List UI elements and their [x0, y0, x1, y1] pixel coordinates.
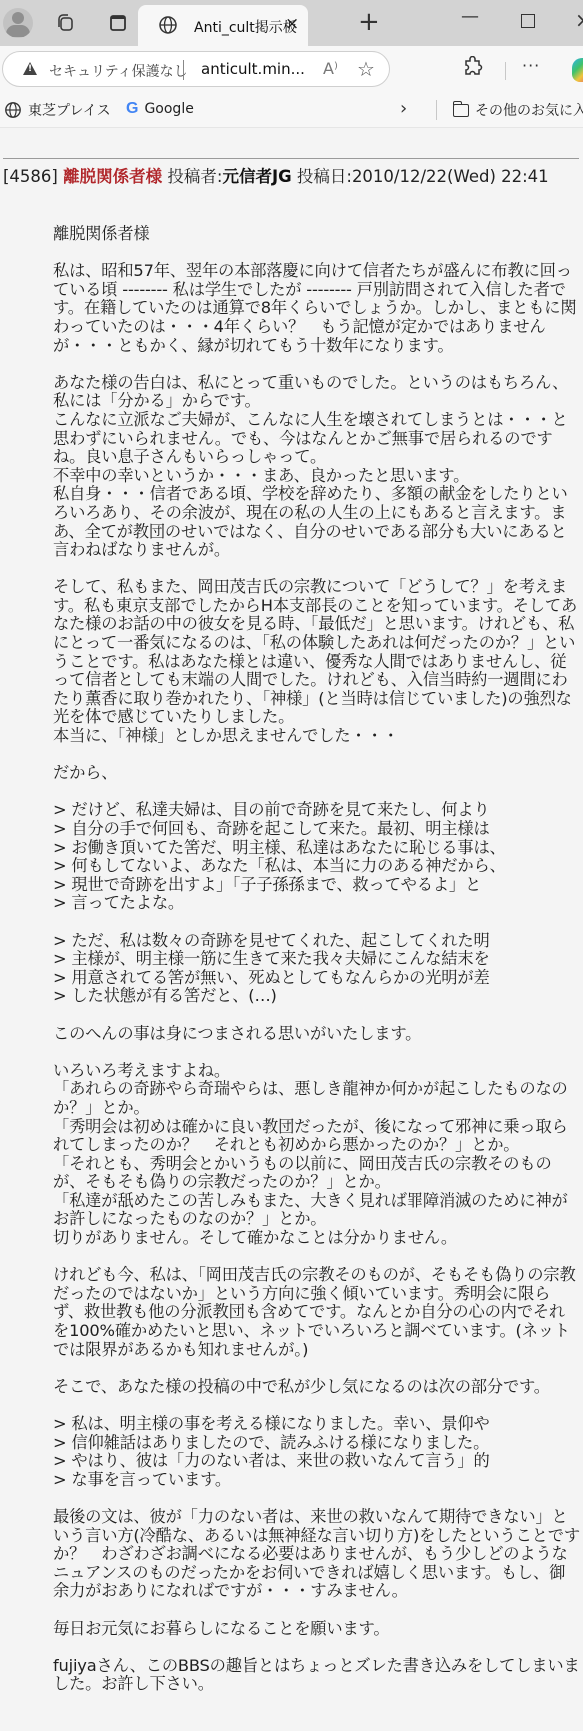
google-logo-icon: G — [126, 100, 138, 118]
paragraph-gap — [53, 913, 581, 932]
paragraph-gap — [53, 1601, 581, 1620]
quoted-line: > だけど、私達夫婦は、目の前で奇跡を見て来たし、何より — [53, 801, 581, 820]
read-aloud-icon[interactable]: A⁾ — [323, 59, 338, 78]
favorite-toshiba-place[interactable]: 東芝プレイス — [4, 100, 111, 120]
divider — [505, 62, 506, 80]
quoted-line: > 私は、明主様の事を考える様になりました。幸い、景仰や — [53, 1415, 581, 1434]
post-title: 離脱関係者様 — [63, 167, 162, 186]
post-number: [4586] — [3, 167, 58, 186]
paragraph-gap — [53, 244, 581, 263]
body-line: あなた様の告白は、私にとって重いものでした。というのはもちろん、私には「分かる」… — [53, 374, 581, 411]
copilot-icon[interactable] — [572, 58, 583, 82]
tab-anti-cult[interactable]: Anti_cult掲示板 × — [138, 5, 308, 46]
body-line: 「私達が舐めたこの苦しみもまた、大きく見れば罪障消滅のために神がお許しになったも… — [53, 1192, 581, 1229]
quoted-line: > 言ってたよな。 — [53, 894, 581, 913]
quoted-line: > 自分の手で何回も、奇跡を起こして来た。最初、明主様は — [53, 820, 581, 839]
tab-title: Anti_cult掲示板 — [194, 17, 297, 37]
paragraph-gap — [53, 783, 581, 802]
close-tab-icon[interactable]: × — [285, 14, 299, 34]
url-text[interactable]: anticult.min... — [201, 60, 305, 78]
globe-icon — [158, 15, 178, 35]
paragraph-gap — [53, 560, 581, 579]
favorite-label: その他のお気に入 — [475, 100, 583, 120]
paragraph-gap — [53, 1489, 581, 1508]
body-line: いろいろ考えますよね。 — [53, 1062, 581, 1081]
body-line: 切りがありません。そして確かなことは分かりません。 — [53, 1229, 581, 1248]
favorite-google[interactable]: G Google — [126, 100, 194, 118]
body-line: 「秀明会は初めは確かに良い教団だったが、後になって邪神に乗っ取られてしまったのか… — [53, 1118, 581, 1155]
date-label: 投稿日: — [297, 167, 352, 186]
security-label[interactable]: セキュリティ保護なし — [49, 61, 188, 81]
paragraph-gap — [53, 1359, 581, 1378]
other-favorites-folder[interactable]: その他のお気に入 — [453, 100, 583, 120]
divider — [436, 100, 437, 120]
author-label: 投稿者: — [167, 167, 222, 186]
address-bar[interactable]: セキュリティ保護なし anticult.min... A⁾ ☆ — [2, 51, 390, 87]
quoted-line: > な事を言っています。 — [53, 1471, 581, 1490]
body-line: 毎日お元気にお暮らしになることを願います。 — [53, 1620, 581, 1639]
quoted-line: > 現世で奇跡を出すよ」「子子孫孫まで、救ってやるよ」と — [53, 876, 581, 895]
browser-toolbar: セキュリティ保護なし anticult.min... A⁾ ☆ ··· — [0, 46, 583, 92]
body-line: 私は、昭和57年、翌年の本部落慶に向けて信者たちが盛んに布教に回っている頃 --… — [53, 262, 581, 355]
post-author: 元信者JG — [222, 167, 291, 186]
body-line: 「それとも、秀明会とかいうもの以前に、岡田茂吉氏の宗教そのものが、そもそも偽りの… — [53, 1155, 581, 1192]
quoted-line: > 何もしてないよ、あなた「私は、本当に力のある神だから、 — [53, 857, 581, 876]
body-line: このへんの事は身につまされる思いがいたします。 — [53, 1025, 581, 1044]
quoted-line: > お働き頂いてた筈だ、明主様、私達はあなたに恥じる事は、 — [53, 839, 581, 858]
minimize-button[interactable]: — — [461, 6, 479, 27]
quoted-line: > 主様が、明主様一筋に生きて来た我々夫婦にこんな結末を — [53, 950, 581, 969]
quoted-line: > 用意されてる筈が無い、死ぬとしてもなんらかの光明が差 — [53, 969, 581, 988]
close-window-button[interactable]: × — [575, 8, 583, 32]
body-line: fujiyaさん、このBBSの趣旨とはちょっとズレた書き込みをしてしまいました。… — [53, 1657, 581, 1694]
body-line: けれども今、私は、「岡田茂吉氏の宗教そのものが、そもそも偽りの宗教だったのではな… — [53, 1266, 581, 1359]
body-line: だから、 — [53, 764, 581, 783]
new-tab-button[interactable]: + — [358, 8, 380, 36]
post-body: 離脱関係者様私は、昭和57年、翌年の本部落慶に向けて信者たちが盛んに布教に回って… — [53, 225, 581, 1694]
favorite-star-icon[interactable]: ☆ — [357, 57, 375, 81]
globe-icon — [4, 101, 22, 119]
body-line: 「あれらの奇跡やら奇瑞やらは、悪しき龍神か何かが起こしたものなのか？」とか。 — [53, 1080, 581, 1117]
body-line: 私自身・・・信者である頃、学校を辞めたり、多額の献金をしたりといろいろあり、その… — [53, 485, 581, 559]
folder-icon — [453, 104, 469, 117]
body-line: 最後の文は、彼が「力のない者は、来世の救いなんて期待できない」という言い方(冷酷… — [53, 1508, 581, 1601]
warning-icon[interactable] — [23, 62, 37, 75]
horizontal-rule — [3, 158, 579, 159]
quoted-line: > した状態が有る筈だと、(…) — [53, 987, 581, 1006]
paragraph-gap — [53, 355, 581, 374]
paragraph-gap — [53, 1638, 581, 1657]
workspaces-icon[interactable] — [50, 8, 80, 38]
paragraph-gap — [53, 1248, 581, 1267]
paragraph-gap — [53, 1043, 581, 1062]
extensions-puzzle-icon[interactable] — [462, 56, 484, 78]
chevron-right-icon[interactable]: › — [400, 98, 407, 119]
browser-title-bar: Anti_cult掲示板 × + — × — [0, 0, 583, 46]
divider — [183, 60, 184, 80]
body-line: そこで、あなた様の投稿の中で私が少し気になるのは次の部分です。 — [53, 1378, 581, 1397]
favorites-bar: 東芝プレイス G Google › その他のお気に入 — [0, 92, 583, 128]
more-options-icon[interactable]: ··· — [522, 56, 540, 75]
paragraph-gap — [53, 1006, 581, 1025]
profile-avatar-icon[interactable] — [3, 8, 33, 38]
maximize-button[interactable] — [521, 14, 535, 28]
body-line: そして、私もまた、岡田茂吉氏の宗教について「どうして？」を考えます。私も東京支部… — [53, 578, 581, 727]
post-date: 2010/12/22(Wed) 22:41 — [352, 167, 549, 186]
favorite-label: Google — [144, 101, 193, 117]
paragraph-gap — [53, 746, 581, 765]
body-line: こんなに立派なご夫婦が、こんなに人生を壊されてしまうとは・・・と思わずにいられま… — [53, 411, 581, 467]
quoted-line: > ただ、私は数々の奇跡を見せてくれた、起こしてくれた明 — [53, 932, 581, 951]
body-line: 離脱関係者様 — [53, 225, 581, 244]
quoted-line: > やはり、彼は「力のない者は、来世の救いなんて言う」的 — [53, 1452, 581, 1471]
vertical-tabs-icon[interactable] — [103, 8, 133, 38]
body-line: 不幸中の幸いというか・・・まあ、良かったと思います。 — [53, 467, 581, 486]
favorite-label: 東芝プレイス — [28, 100, 111, 120]
paragraph-gap — [53, 1396, 581, 1415]
page-content: [4586] 離脱関係者様 投稿者:元信者JG 投稿日:2010/12/22(W… — [0, 129, 583, 1731]
body-line: 本当に、「神様」としか思えませんでした・・・ — [53, 727, 581, 746]
post-header: [4586] 離脱関係者様 投稿者:元信者JG 投稿日:2010/12/22(W… — [3, 167, 578, 186]
quoted-line: > 信仰雑話はありましたので、読みふける様になりました。 — [53, 1434, 581, 1453]
